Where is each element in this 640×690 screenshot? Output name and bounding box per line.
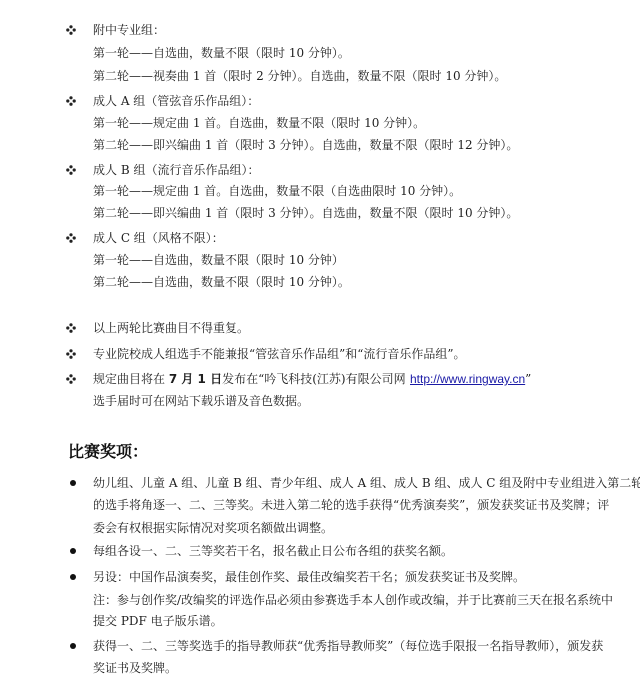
award-line: 另设：中国作品演奏奖，最佳创作奖、最佳改编奖若干名；颁发获奖证书及奖牌。 [93,569,525,585]
round-line: 第一轮——自选曲，数量不限（限时 10 分钟） [93,252,344,268]
award-line: 提交 PDF 电子版乐谱。 [93,613,223,629]
dot-bullet-icon [70,574,76,580]
award-line: 委会有权根据实际情况对奖项名额做出调整。 [93,520,333,536]
award-line: 每组各设一、二、三等奖若干名，报名截止日公布各组的获奖名额。 [93,543,453,559]
round-line: 第二轮——自选曲，数量不限（限时 10 分钟）。 [93,274,350,290]
release-link-wrap: http://www.ringway.cn” [410,371,531,387]
diamond-bullet-icon [66,25,76,35]
group-title: 成人 B 组（流行音乐作品组）： [93,162,259,178]
ringway-link[interactable]: http://www.ringway.cn [410,372,525,386]
award-line: 注：参与创作奖/改编奖的评选作品必须由参赛选手本人创作或改编，并于比赛前三天在报… [93,592,613,608]
round-line: 第一轮——规定曲 1 首。自选曲，数量不限（限时 10 分钟）。 [93,115,425,131]
round-line: 第二轮——即兴编曲 1 首（限时 3 分钟）。自选曲，数量不限（限时 12 分钟… [93,137,518,153]
note-release-line2: 选手届时可在网站下载乐谱及音色数据。 [93,393,309,409]
diamond-bullet-icon [66,374,76,384]
round-line: 第一轮——自选曲，数量不限（限时 10 分钟）。 [93,45,350,61]
note-no-dual-registration: 专业院校成人组选手不能兼报“管弦音乐作品组”和“流行音乐作品组”。 [93,346,466,362]
release-close-quote: ” [525,372,531,386]
note-release: 规定曲目将在 7 月 1 日发布在“吟飞科技(江苏)有限公司网 [93,371,406,387]
award-line: 的选手将角逐一、二、三等奖。未进入第二轮的选手获得“优秀演奏奖”，颁发获奖证书及… [93,497,609,513]
round-line: 第一轮——规定曲 1 首。自选曲，数量不限（自选曲限时 10 分钟）。 [93,183,461,199]
diamond-bullet-icon [66,233,76,243]
award-line: 奖证书及奖牌。 [93,660,177,676]
diamond-bullet-icon [66,96,76,106]
diamond-bullet-icon [66,165,76,175]
awards-heading: 比赛奖项： [68,442,148,462]
group-title: 成人 C 组（风格不限）： [93,230,224,246]
dot-bullet-icon [70,643,76,649]
award-line: 获得一、二、三等奖选手的指导教师获“优秀指导教师奖”（每位选手限报一名指导教师）… [93,638,603,654]
round-line: 第二轮——视奏曲 1 首（限时 2 分钟）。自选曲，数量不限（限时 10 分钟）… [93,68,506,84]
release-mid: 发布在“吟飞科技(江苏)有限公司网 [222,372,406,386]
dot-bullet-icon [70,480,76,486]
award-line: 幼儿组、儿童 A 组、儿童 B 组、青少年组、成人 A 组、成人 B 组、成人 … [93,475,640,491]
dot-bullet-icon [70,548,76,554]
release-prefix: 规定曲目将在 [93,372,165,386]
note-no-repeat: 以上两轮比赛曲目不得重复。 [93,320,249,336]
group-title: 成人 A 组（管弦音乐作品组）： [93,93,259,109]
release-date: 7 月 1 日 [169,372,222,386]
round-line: 第二轮——即兴编曲 1 首（限时 3 分钟）。自选曲，数量不限（限时 10 分钟… [93,205,518,221]
diamond-bullet-icon [66,349,76,359]
group-title: 附中专业组： [93,22,165,38]
diamond-bullet-icon [66,323,76,333]
